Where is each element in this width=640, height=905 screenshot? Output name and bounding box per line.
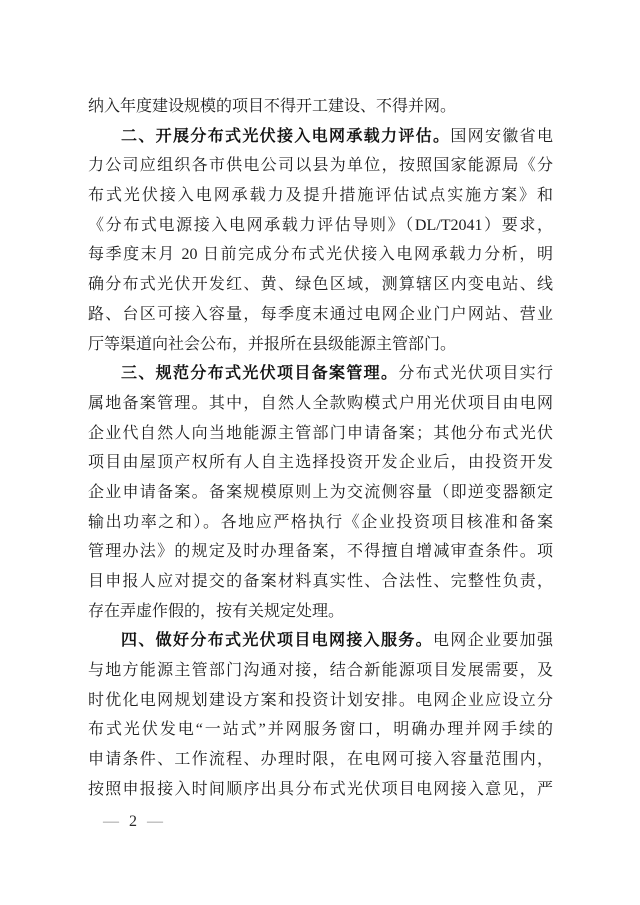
text-line-content: 存在弄虚作假的，按有关规定处理。 (88, 603, 344, 620)
text-line: 纳入年度建设规模的项目不得开工建设、不得并网。 (88, 92, 553, 122)
document-body: 纳入年度建设规模的项目不得开工建设、不得并网。 二、开展分布式光伏接入电网承载力… (88, 92, 553, 805)
text-line: 二、开展分布式光伏接入电网承载力评估。国网安徽省电 (88, 122, 553, 152)
text-line: 存在弄虚作假的，按有关规定处理。 (88, 597, 553, 627)
text-line: 三、规范分布式光伏项目备案管理。分布式光伏项目实行 (88, 359, 553, 389)
page-number-dash-right: — (147, 813, 163, 830)
text-line: 企业申请备案。备案规模原则上为交流侧容量（即逆变器额定 (88, 478, 553, 508)
text-line: 按照申报接入时间顺序出具分布式光伏项目电网接入意见，严 (88, 775, 553, 805)
text-line-content: 厅等渠道向社会公布，并报所在县级能源主管部门。 (88, 336, 456, 353)
text-line-content: 电网企业要加强 (433, 632, 553, 649)
text-line-content: 时优化电网规划建设方案和投资计划安排。电网企业应设立分 (88, 692, 553, 709)
text-line: 输出功率之和）。各地应严格执行《企业投资项目核准和备案 (88, 508, 553, 538)
text-line-content: 每季度末月 20 日前完成分布式光伏接入电网承载力分析，明 (88, 246, 553, 263)
text-line: 项目由屋顶产权所有人自主选择投资开发企业后，由投资开发 (88, 448, 553, 478)
text-line-content: 管理办法》的规定及时办理备案，不得擅自增减审查条件。项 (88, 543, 553, 560)
text-line: 《分布式电源接入电网承载力评估导则》（DL/T2041）要求， (88, 211, 553, 241)
text-line: 四、做好分布式光伏项目电网接入服务。电网企业要加强 (88, 626, 553, 656)
page-number: —2— (103, 811, 163, 833)
text-line-content: 《分布式电源接入电网承载力评估导则》（DL/T2041）要求， (88, 217, 553, 234)
text-line-content: 输出功率之和）。各地应严格执行《企业投资项目核准和备案 (88, 514, 553, 531)
page-number-value: 2 (119, 813, 147, 830)
text-line-content: 申请条件、工作流程、办理时限，在电网可接入容量范围内， (88, 751, 553, 768)
text-line: 力公司应组织各市供电公司以县为单位，按照国家能源局《分 (88, 151, 553, 181)
section-heading: 四、做好分布式光伏项目电网接入服务。 (121, 632, 433, 649)
text-line-content: 企业代自然人向当地能源主管部门申请备案；其他分布式光伏 (88, 425, 553, 442)
text-line-content: 项目由屋顶产权所有人自主选择投资开发企业后，由投资开发 (88, 454, 553, 471)
text-line-content: 国网安徽省电 (450, 128, 553, 145)
text-line-content: 与地方能源主管部门沟通对接，结合新能源项目发展需要，及 (88, 662, 553, 679)
text-line-content: 按照申报接入时间顺序出具分布式光伏项目电网接入意见，严 (88, 781, 553, 798)
text-line: 路、台区可接入容量，每季度末通过电网企业门户网站、营业 (88, 300, 553, 330)
text-line: 布式光伏发电“一站式”并网服务窗口，明确办理并网手续的 (88, 715, 553, 745)
text-line: 申请条件、工作流程、办理时限，在电网可接入容量范围内， (88, 745, 553, 775)
text-line-content: 路、台区可接入容量，每季度末通过电网企业门户网站、营业 (88, 306, 553, 323)
text-line: 布式光伏接入电网承载力及提升措施评估试点实施方案》和 (88, 181, 553, 211)
text-line-content: 确分布式光伏开发红、黄、绿色区域，测算辖区内变电站、线 (88, 276, 553, 293)
section-heading: 二、开展分布式光伏接入电网承载力评估。 (121, 128, 450, 145)
text-line: 时优化电网规划建设方案和投资计划安排。电网企业应设立分 (88, 686, 553, 716)
text-line-content: 属地备案管理。其中，自然人全款购模式户用光伏项目由电网 (88, 395, 553, 412)
document-page: 纳入年度建设规模的项目不得开工建设、不得并网。 二、开展分布式光伏接入电网承载力… (0, 0, 640, 905)
text-line-content: 企业申请备案。备案规模原则上为交流侧容量（即逆变器额定 (88, 484, 553, 501)
text-line: 属地备案管理。其中，自然人全款购模式户用光伏项目由电网 (88, 389, 553, 419)
text-line: 管理办法》的规定及时办理备案，不得擅自增减审查条件。项 (88, 537, 553, 567)
text-line: 企业代自然人向当地能源主管部门申请备案；其他分布式光伏 (88, 419, 553, 449)
text-line: 目申报人应对提交的备案材料真实性、合法性、完整性负责， (88, 567, 553, 597)
text-line-content: 力公司应组织各市供电公司以县为单位，按照国家能源局《分 (88, 157, 553, 174)
text-line-content: 布式光伏接入电网承载力及提升措施评估试点实施方案》和 (88, 187, 553, 204)
text-line: 厅等渠道向社会公布，并报所在县级能源主管部门。 (88, 330, 553, 360)
text-line-content: 布式光伏发电“一站式”并网服务窗口，明确办理并网手续的 (88, 721, 553, 738)
text-line: 每季度末月 20 日前完成分布式光伏接入电网承载力分析，明 (88, 240, 553, 270)
section-heading: 三、规范分布式光伏项目备案管理。 (121, 365, 398, 382)
text-line-content: 纳入年度建设规模的项目不得开工建设、不得并网。 (88, 98, 456, 115)
text-line: 与地方能源主管部门沟通对接，结合新能源项目发展需要，及 (88, 656, 553, 686)
text-line-content: 分布式光伏项目实行 (398, 365, 553, 382)
page-number-dash-left: — (103, 813, 119, 830)
text-line-content: 目申报人应对提交的备案材料真实性、合法性、完整性负责， (88, 573, 553, 590)
text-line: 确分布式光伏开发红、黄、绿色区域，测算辖区内变电站、线 (88, 270, 553, 300)
